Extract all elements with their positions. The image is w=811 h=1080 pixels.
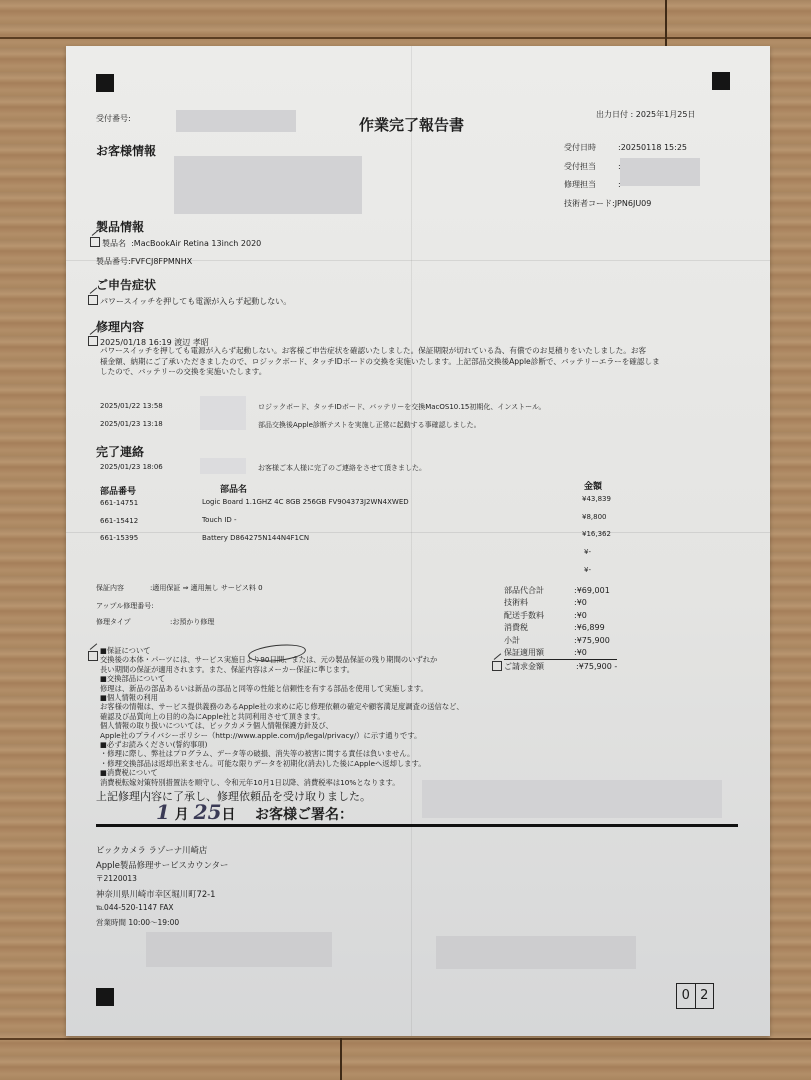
meta-label: 受付担当 — [564, 158, 618, 177]
checkmark-icon — [492, 661, 502, 671]
repair-line: 様金額、納期にご了承いただきましたので、ロジックボード、タッチIDボードの交換を… — [100, 357, 660, 368]
registration-mark — [96, 988, 114, 1006]
warranty-row: 保証内容:適用保証 ⇒ 適用無し サービス料 0 — [96, 583, 263, 593]
meta-value: :20250118 15:25 — [618, 143, 687, 152]
repair-type-row: 修理タイプ:お預かり修理 — [96, 617, 214, 627]
total-value: :¥6,899 — [574, 623, 605, 632]
part-name: Logic Board 1.1GHZ 4C 8GB 256GB FV904373… — [202, 498, 409, 506]
note-line: ■必ずお読みください(誓約事項) — [100, 740, 464, 749]
note-line: ■消費税について — [100, 768, 464, 777]
checkmark-icon — [88, 336, 98, 346]
signature-label: お客様ご署名： — [255, 807, 353, 823]
floor-seam — [0, 1038, 811, 1040]
note-line: ・修理交換部品は返却出来ません。可能な限りデータを初期化(消去)した後にAppl… — [100, 759, 464, 768]
completion-text: お客様ご本人様に完了のご連絡をさせて頂きました。 — [258, 463, 426, 473]
total-label: 消費税 — [504, 622, 574, 633]
store-hours: 営業時間 10:00～19:00 — [96, 916, 228, 931]
warranty-label: 保証内容 — [96, 583, 150, 593]
total-label: 技術料 — [504, 597, 574, 608]
floor-seam — [340, 1038, 342, 1080]
checkmark-icon — [90, 237, 100, 247]
parts-header-number: 部品番号 — [100, 484, 136, 497]
store-info: ビックカメラ ラゾーナ川崎店 Apple製品修理サービスカウンター 〒21200… — [96, 843, 228, 930]
handwritten-month: 1 — [156, 800, 170, 824]
warranty-value: :お預かり修理 — [170, 618, 214, 626]
repair-log-time: 2025/01/23 13:18 — [100, 420, 163, 428]
warranty-value: :適用保証 ⇒ 適用無し サービス料 0 — [150, 584, 263, 592]
repair-log-text: ロジックボード、タッチIDボード、バッテリーを交換MacOS10.15初期化、イ… — [258, 402, 545, 412]
redacted-technician — [200, 396, 246, 430]
note-line: Apple社のプライバシーポリシー（http://www.apple.com/j… — [100, 731, 464, 740]
symptom-heading: ご申告症状 — [96, 276, 156, 293]
part-amount: ¥- — [584, 566, 591, 574]
store-name: ビックカメラ ラゾーナ川崎店 — [96, 843, 228, 858]
repair-line: したので、バッテリーの交換を実施いたします。 — [100, 367, 660, 378]
repair-heading: 修理内容 — [96, 318, 144, 335]
redacted-block — [436, 936, 636, 969]
output-date: 出力日付 : 2025年1月25日 — [596, 109, 695, 120]
product-name-row: 製品名 :MacBookAir Retina 13inch 2020 — [90, 237, 261, 249]
checkmark-icon — [88, 651, 98, 661]
product-name-value: :MacBookAir Retina 13inch 2020 — [131, 239, 261, 248]
warranty-label: アップル修理番号 — [96, 602, 151, 610]
redacted-staff — [620, 158, 700, 186]
total-value: :¥0 — [574, 648, 587, 657]
total-label: 部品代合計 — [504, 585, 574, 596]
redacted-reception-number — [176, 110, 296, 132]
note-line: 消費税転嫁対策特別措置法を順守し、令和元年10月1日以降、消費税率は10%となり… — [100, 778, 464, 787]
grand-total-value: :¥75,900 - — [576, 662, 617, 671]
product-name-label: 製品名 — [102, 239, 126, 248]
product-info-heading: 製品情報 — [96, 218, 144, 235]
store-counter: Apple製品修理サービスカウンター — [96, 858, 228, 873]
note-line: 長い期間の保証が適用されます。また、保証内容はメーカー保証に準じます。 — [100, 665, 464, 674]
store-postal: 〒2120013 — [96, 872, 228, 887]
part-amount: ¥- — [584, 548, 591, 556]
registration-mark — [712, 72, 730, 90]
repair-log-text: 部品交換後Apple診断テストを実施し正常に起動する事確認しました。 — [258, 420, 481, 430]
part-name: Battery D864275N144N4F1CN — [202, 534, 309, 542]
repair-description: パワースイッチを押しても電源が入らず起動しない。お客様ご申告症状を確認いたしまし… — [100, 346, 660, 378]
handwritten-day: 25 — [194, 800, 222, 824]
parts-header-name: 部品名 — [220, 482, 247, 495]
total-value: :¥75,900 — [574, 636, 610, 645]
store-address: 神奈川県川崎市幸区堀川町72-1 — [96, 887, 228, 902]
notes-check — [88, 645, 100, 664]
total-label: 保証適用額 — [504, 647, 574, 658]
meta-label: 修理担当 — [564, 176, 618, 195]
totals-table: 部品代合計:¥69,001 技術料:¥0 配送手数料:¥0 消費税:¥6,899… — [504, 584, 617, 673]
floor-seam — [665, 0, 667, 46]
note-line: 個人情報の取り扱いについては、ビックカメラ個人情報保護方針及び、 — [100, 721, 464, 730]
completion-heading: 完了連絡 — [96, 443, 144, 460]
completion-time: 2025/01/23 18:06 — [100, 463, 163, 471]
note-line: ■交換部品について — [100, 674, 464, 683]
reception-number-label: 受付番号: — [96, 113, 131, 124]
meta-value: :JPN6JU09 — [612, 199, 651, 208]
redacted-customer-info — [174, 156, 362, 214]
note-line: 確認及び品質向上の目的の為にApple社と共同利用させて頂きます。 — [100, 712, 464, 721]
part-amount: ¥16,362 — [582, 530, 611, 538]
parts-header-amount: 金額 — [584, 479, 602, 492]
product-serial-label: 製品番号 — [96, 257, 128, 266]
part-amount: ¥8,800 — [582, 513, 607, 521]
note-line: ■個人情報の利用 — [100, 693, 464, 702]
checkmark-icon — [88, 295, 98, 305]
symptom-text: パワースイッチを押しても電源が入らず起動しない。 — [100, 297, 291, 306]
signature-date-row: 1 月 25日 お客様ご署名： — [156, 800, 353, 824]
customer-info-heading: お客様情報 — [96, 142, 156, 159]
meta-label: 技術者コード — [564, 199, 612, 208]
product-serial-row: 製品番号:FVFCJ8FPMNHX — [96, 256, 192, 267]
repair-line: パワースイッチを押しても電源が入らず起動しない。お客様ご申告症状を確認いたしまし… — [100, 346, 660, 357]
symptom-row: パワースイッチを押しても電源が入らず起動しない。 — [88, 295, 291, 307]
total-label: 小計 — [504, 635, 574, 646]
part-number: 661-15395 — [100, 534, 138, 542]
registration-mark — [96, 74, 114, 92]
note-line: お客様の情報は、サービス提供義務のあるApple社の求めに応じ修理依頼の確定や顧… — [100, 702, 464, 711]
redacted-block — [146, 932, 332, 967]
floor-seam — [0, 37, 811, 39]
warranty-value: : — [151, 602, 153, 610]
signature-line — [96, 824, 738, 827]
part-amount: ¥43,839 — [582, 495, 611, 503]
page-number-box: 0 2 — [676, 983, 714, 1009]
day-label: 日 — [222, 807, 236, 823]
meta-label: 受付日時 — [564, 139, 618, 158]
fold-line — [66, 532, 770, 533]
total-value: :¥69,001 — [574, 586, 610, 595]
page-digit: 0 — [677, 984, 695, 1008]
month-label: 月 — [175, 807, 189, 823]
terms-notes: ■保証について 交換後の本体・パーツには、サービス実施日より90日間、または、元… — [100, 646, 464, 787]
redacted-technician — [200, 458, 246, 474]
apple-repair-number-row: アップル修理番号: — [96, 601, 154, 611]
page-digit: 2 — [695, 984, 714, 1008]
page-title: 作業完了報告書 — [359, 114, 464, 135]
total-value: :¥0 — [574, 611, 587, 620]
repair-log-time: 2025/01/22 13:58 — [100, 402, 163, 410]
fold-line — [411, 46, 412, 1036]
note-line: ・修理に際し、弊社はプログラム、データ等の破損、消失等の被害に関する責任は負いま… — [100, 749, 464, 758]
part-number: 661-15412 — [100, 517, 138, 525]
total-label: ご請求金額 — [504, 661, 576, 672]
part-name: Touch ID - — [202, 516, 237, 524]
work-completion-report: 受付番号: 作業完了報告書 出力日付 : 2025年1月25日 お客様情報 受付… — [66, 46, 770, 1036]
total-value: :¥0 — [574, 598, 587, 607]
product-serial-value: :FVFCJ8FPMNHX — [128, 257, 192, 266]
note-line: 修理は、新品の部品あるいは新品の部品と同等の性能と信頼性を有する部品を使用して実… — [100, 684, 464, 693]
total-label: 配送手数料 — [504, 610, 574, 621]
store-phone: ℡044-520-1147 FAX — [96, 901, 228, 916]
warranty-label: 修理タイプ — [96, 617, 170, 627]
redacted-signature — [422, 780, 722, 818]
part-number: 661-14751 — [100, 499, 138, 507]
